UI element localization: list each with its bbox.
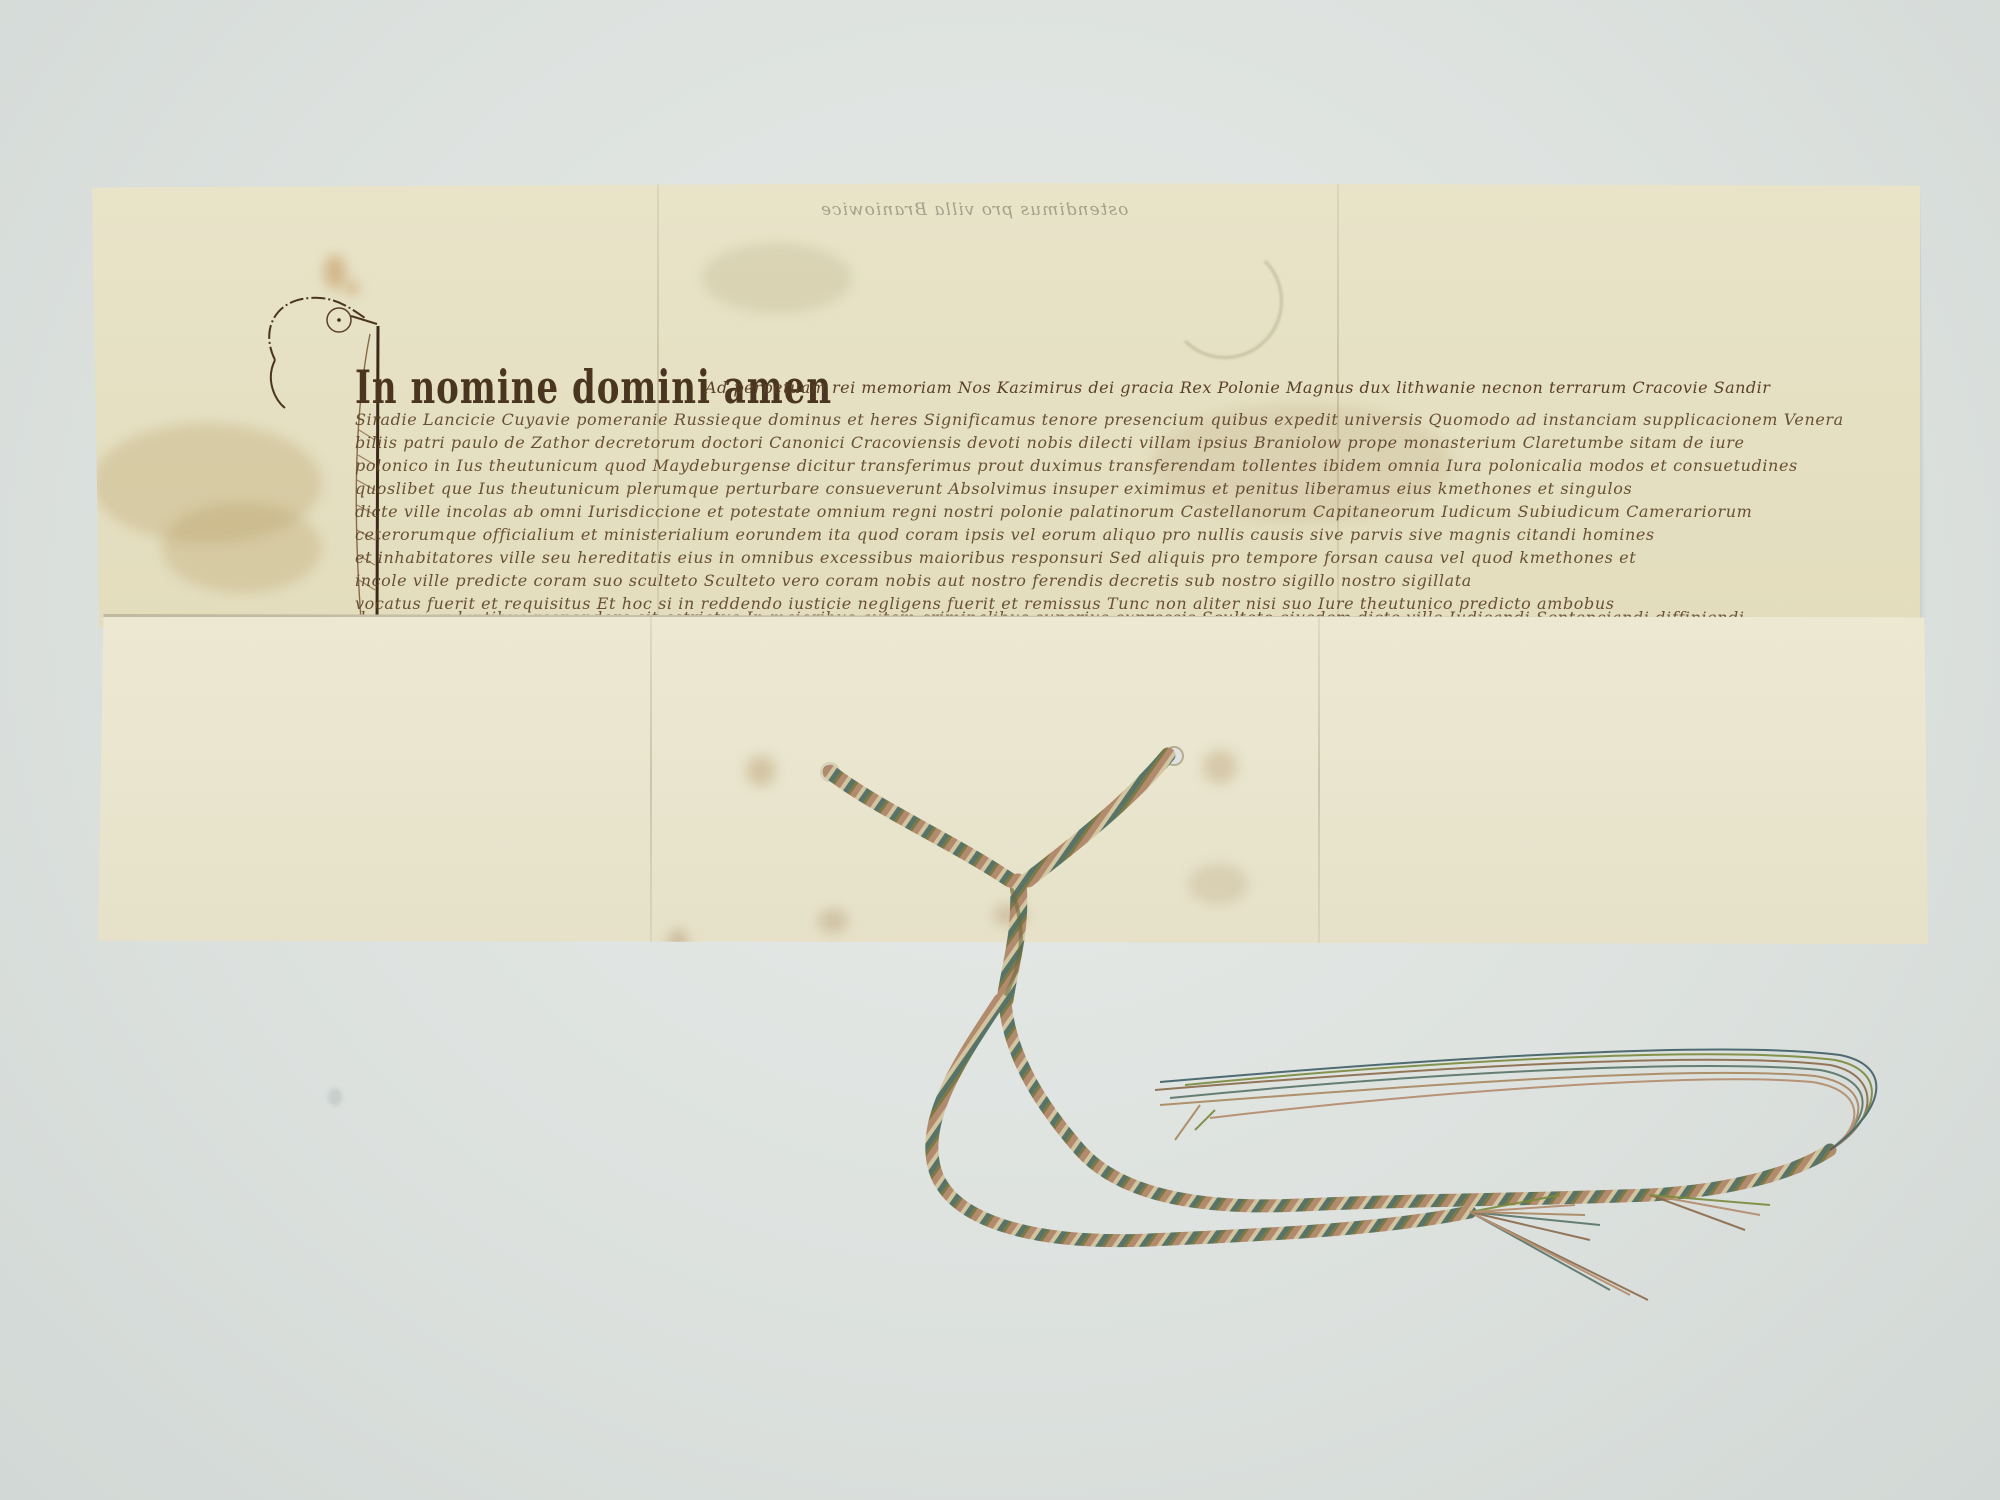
cord-tassel-lower [1470, 1195, 1648, 1300]
cord-strand-left [830, 772, 1010, 880]
braided-silk-cord [0, 0, 2000, 1500]
cord-strand-right [1028, 755, 1168, 880]
cord-middle-branch [1005, 1002, 1830, 1206]
cord-loose-threads-upper [1155, 1050, 1876, 1150]
